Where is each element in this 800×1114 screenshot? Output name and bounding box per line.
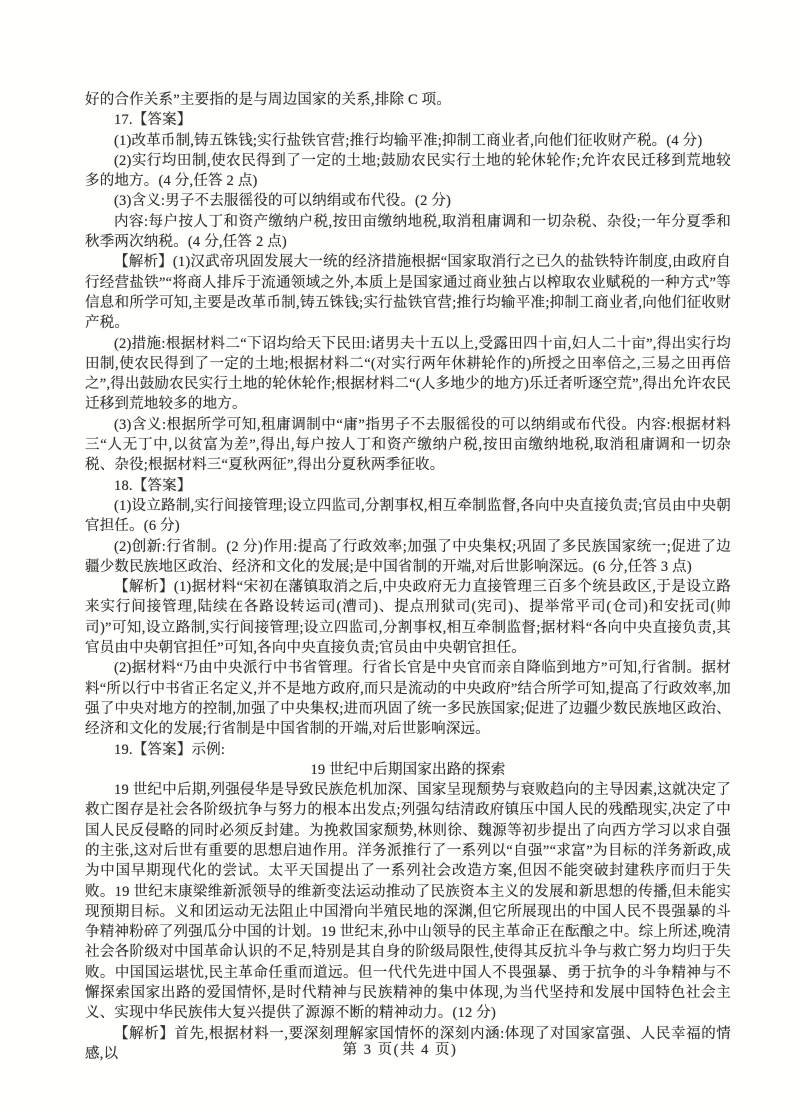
q17-answer-part3-content: 内容:每户按人丁和资产缴纳户税,按田亩缴纳地税,取消租庸调和一切杂税、杂役;一年…: [85, 212, 731, 253]
q17-answer-part3-meaning: (3)含义:男子不去服徭役的可以纳绢或布代役。(2 分): [85, 191, 731, 211]
q18-analysis-part1: 【解析】(1)据材料“宋初在藩镇取消之后,中央政府无力直接管理三百多个统县政区,…: [85, 577, 731, 658]
q18-answer-part1: (1)设立路制,实行间接管理;设立四监司,分割事权,相互牵制监督,各向中央直接负…: [85, 496, 731, 537]
page-footer: 第 3 页(共 4 页): [0, 1038, 800, 1059]
q17-analysis-part2: (2)措施:根据材料二“下诏均给天下民田:诸男夫十五以上,受露田四十亩,妇人二十…: [85, 334, 731, 415]
continuation-text: 好的合作关系”主要指的是与周边国家的关系,排除 C 项。: [85, 90, 731, 110]
q18-answer-heading: 18.【答案】: [85, 476, 731, 496]
q17-answer-heading: 17.【答案】: [85, 110, 731, 130]
q19-essay-title: 19 世纪中后期国家出路的探索: [85, 760, 731, 780]
q17-analysis-part1: 【解析】(1)汉武帝巩固发展大一统的经济措施根据“国家取消行之已久的盐铁特许制度…: [85, 252, 731, 333]
q17-answer-part2: (2)实行均田制,使农民得到了一定的土地;鼓励农民实行土地的轮休轮作;允许农民迁…: [85, 151, 731, 192]
q17-answer-part1: (1)改革币制,铸五铢钱;实行盐铁官营;推行均输平准;抑制工商业者,向他们征收财…: [85, 131, 731, 151]
q19-answer-heading: 19.【答案】示例:: [85, 740, 731, 760]
q19-essay-body: 19 世纪中后期,列强侵华是导致民族危机加深、国家呈现颓势与衰败趋向的主导因素,…: [85, 780, 731, 1024]
q18-answer-part2: (2)创新:行省制。(2 分)作用:提高了行政效率;加强了中央集权;巩固了多民族…: [85, 537, 731, 578]
answer-content: 好的合作关系”主要指的是与周边国家的关系,排除 C 项。 17.【答案】 (1)…: [85, 90, 731, 1064]
q17-analysis-part3: (3)含义:根据所学可知,租庸调制中“庸”指男子不去服徭役的可以纳绢或布代役。内…: [85, 415, 731, 476]
scanned-answer-page: 好的合作关系”主要指的是与周边国家的关系,排除 C 项。 17.【答案】 (1)…: [0, 0, 800, 1114]
q18-analysis-part2: (2)据材料“乃由中央派行中书省管理。行省长官是中央官而亲自降临到地方”可知,行…: [85, 658, 731, 739]
